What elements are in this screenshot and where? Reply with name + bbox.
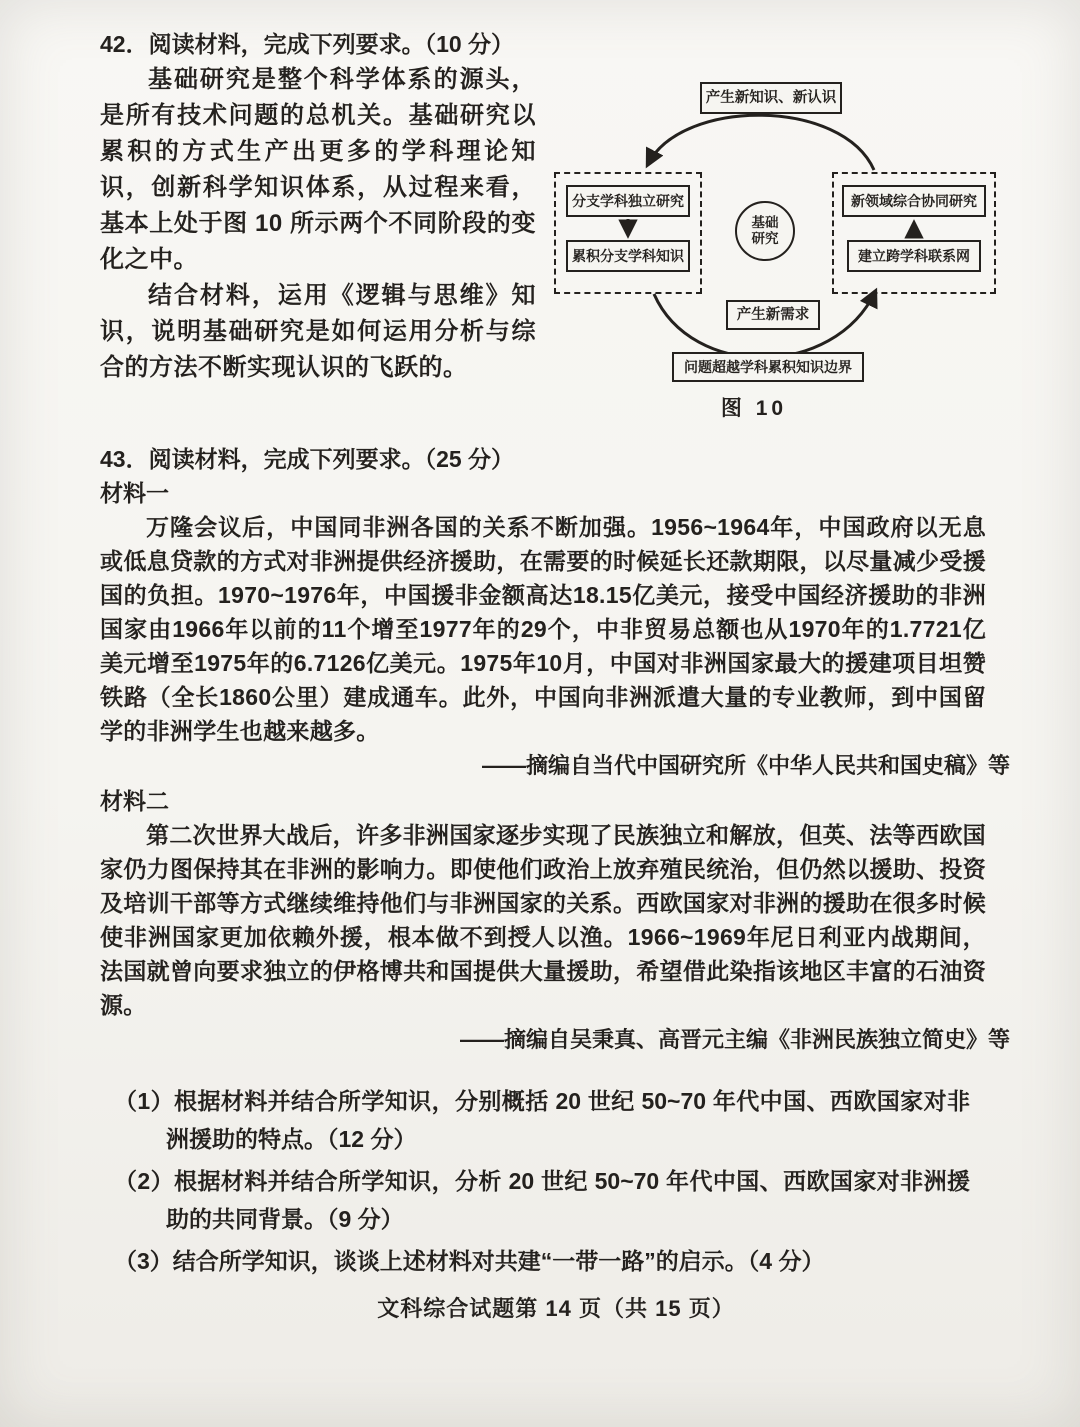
page-footer: 文科综合试题第 14 页（共 15 页） [100, 1292, 1012, 1323]
material-2-source: ——摘编自吴秉真、高晋元主编《非洲民族独立简史》等 [100, 1022, 1012, 1058]
page-content: 42．阅读材料，完成下列要求。（10 分） 基础研究是整个科学体系的源头，是所有… [100, 26, 1012, 1323]
subquestion-3: （3）结合所学知识，谈谈上述材料对共建“一带一路”的启示。（4 分） [114, 1242, 970, 1280]
subquestion-2: （2）根据材料并结合所学知识，分析 20 世纪 50~70 年代中国、西欧国家对… [114, 1162, 970, 1238]
question-43-subquestions: （1）根据材料并结合所学知识，分别概括 20 世纪 50~70 年代中国、西欧国… [100, 1082, 1012, 1280]
figure-center-circle-label: 基础研究 [752, 215, 779, 247]
material-2-label: 材料二 [100, 784, 1012, 818]
question-42-paragraph-2: 结合材料，运用《逻辑与思维》知识，说明基础研究是如何运用分析与综合的方法不断实现… [100, 278, 536, 386]
figure-left-box-top: 分支学科独立研究 [566, 185, 690, 217]
figure-right-box-top: 新领域综合协同研究 [842, 185, 986, 217]
figure-bottom-box: 问题超越学科累积知识边界 [672, 352, 864, 382]
question-43-heading: 43．阅读材料，完成下列要求。（25 分） [100, 442, 1012, 476]
top-cycle-arrow [648, 115, 874, 170]
figure-bottom-mid-box: 产生新需求 [726, 300, 820, 330]
figure-right-box-bottom: 建立跨学科联系网 [847, 240, 981, 272]
subquestion-1: （1）根据材料并结合所学知识，分别概括 20 世纪 50~70 年代中国、西欧国… [114, 1082, 970, 1158]
question-42-section: 42．阅读材料，完成下列要求。（10 分） 基础研究是整个科学体系的源头，是所有… [100, 26, 1012, 430]
question-43-section: 43．阅读材料，完成下列要求。（25 分） 材料一 万隆会议后，中国同非洲各国的… [100, 442, 1012, 1280]
material-2-text: 第二次世界大战后，许多非洲国家逐步实现了民族独立和解放，但英、法等西欧国家仍力图… [100, 818, 1012, 1022]
figure-caption: 图 10 [542, 392, 966, 422]
figure-top-box: 产生新知识、新认识 [700, 82, 842, 114]
question-42-paragraph-1: 基础研究是整个科学体系的源头，是所有技术问题的总机关。基础研究以累积的方式生产出… [100, 62, 536, 278]
material-1-source: ——摘编自当代中国研究所《中华人民共和国史稿》等 [100, 748, 1012, 784]
figure-left-box-bottom: 累积分支学科知识 [566, 240, 690, 272]
question-42-text-column: 42．阅读材料，完成下列要求。（10 分） 基础研究是整个科学体系的源头，是所有… [100, 26, 536, 386]
figure-center-circle: 基础研究 [735, 201, 795, 261]
figure-10-diagram: 产生新知识、新认识 分支学科独立研究 累积分支学科知识 基础研究 新领域综合协同… [542, 58, 1012, 430]
material-1-label: 材料一 [100, 476, 1012, 510]
material-1-text: 万隆会议后，中国同非洲各国的关系不断加强。1956~1964年，中国政府以无息或… [100, 510, 1012, 748]
exam-page-scan: 42．阅读材料，完成下列要求。（10 分） 基础研究是整个科学体系的源头，是所有… [0, 0, 1080, 1427]
question-42-heading: 42．阅读材料，完成下列要求。（10 分） [100, 26, 536, 62]
